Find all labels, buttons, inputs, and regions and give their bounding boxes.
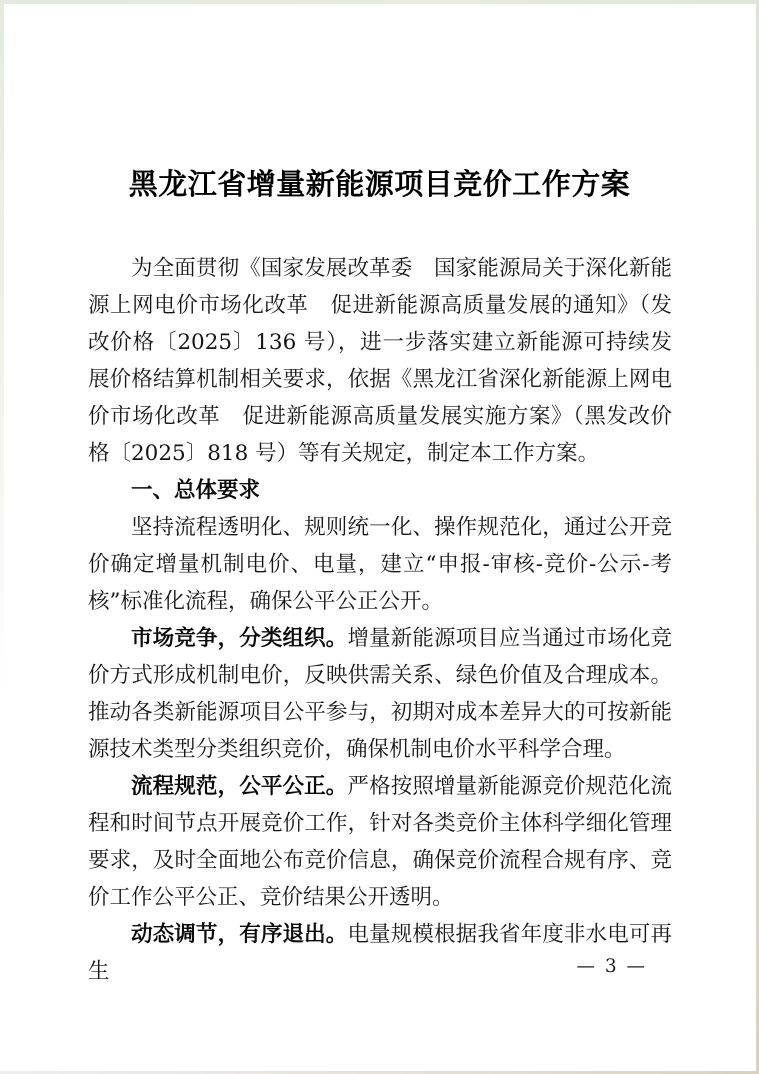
document-title: 黑龙江省增量新能源项目竞价工作方案 [0,163,759,205]
paragraph-lead-dynamic-adjustment: 动态调节，有序退出。 [131,922,347,947]
paragraph-process-standard: 流程规范，公平公正。严格按照增量新能源竞价规范化流程和时间节点开展竞价工作，针对… [88,768,672,916]
document-page: 黑龙江省增量新能源项目竞价工作方案 为全面贯彻《国家发展改革委 国家能源局关于深… [0,0,759,1074]
page-number: — 3 — [576,956,647,977]
scan-edge-left [0,0,4,1074]
paragraph-dynamic-adjustment: 动态调节，有序退出。电量规模根据我省年度非水电可再生 [88,916,672,990]
scan-edge-top [0,0,759,4]
paragraph-lead-market-competition: 市场竞争，分类组织。 [131,626,347,651]
section-heading-overall-requirements: 一、总体要求 [88,472,672,509]
paragraph-preamble: 为全面贯彻《国家发展改革委 国家能源局关于深化新能源上网电价市场化改革 促进新能… [88,250,672,472]
paragraph-overall-requirements: 坚持流程透明化、规则统一化、操作规范化，通过公开竞价确定增量机制电价、电量，建立… [88,509,672,620]
document-body: 为全面贯彻《国家发展改革委 国家能源局关于深化新能源上网电价市场化改革 促进新能… [88,250,672,990]
paragraph-market-competition: 市场竞争，分类组织。增量新能源项目应当通过市场化竞价方式形成机制电价，反映供需关… [88,620,672,768]
paragraph-lead-process-standard: 流程规范，公平公正。 [131,774,347,799]
